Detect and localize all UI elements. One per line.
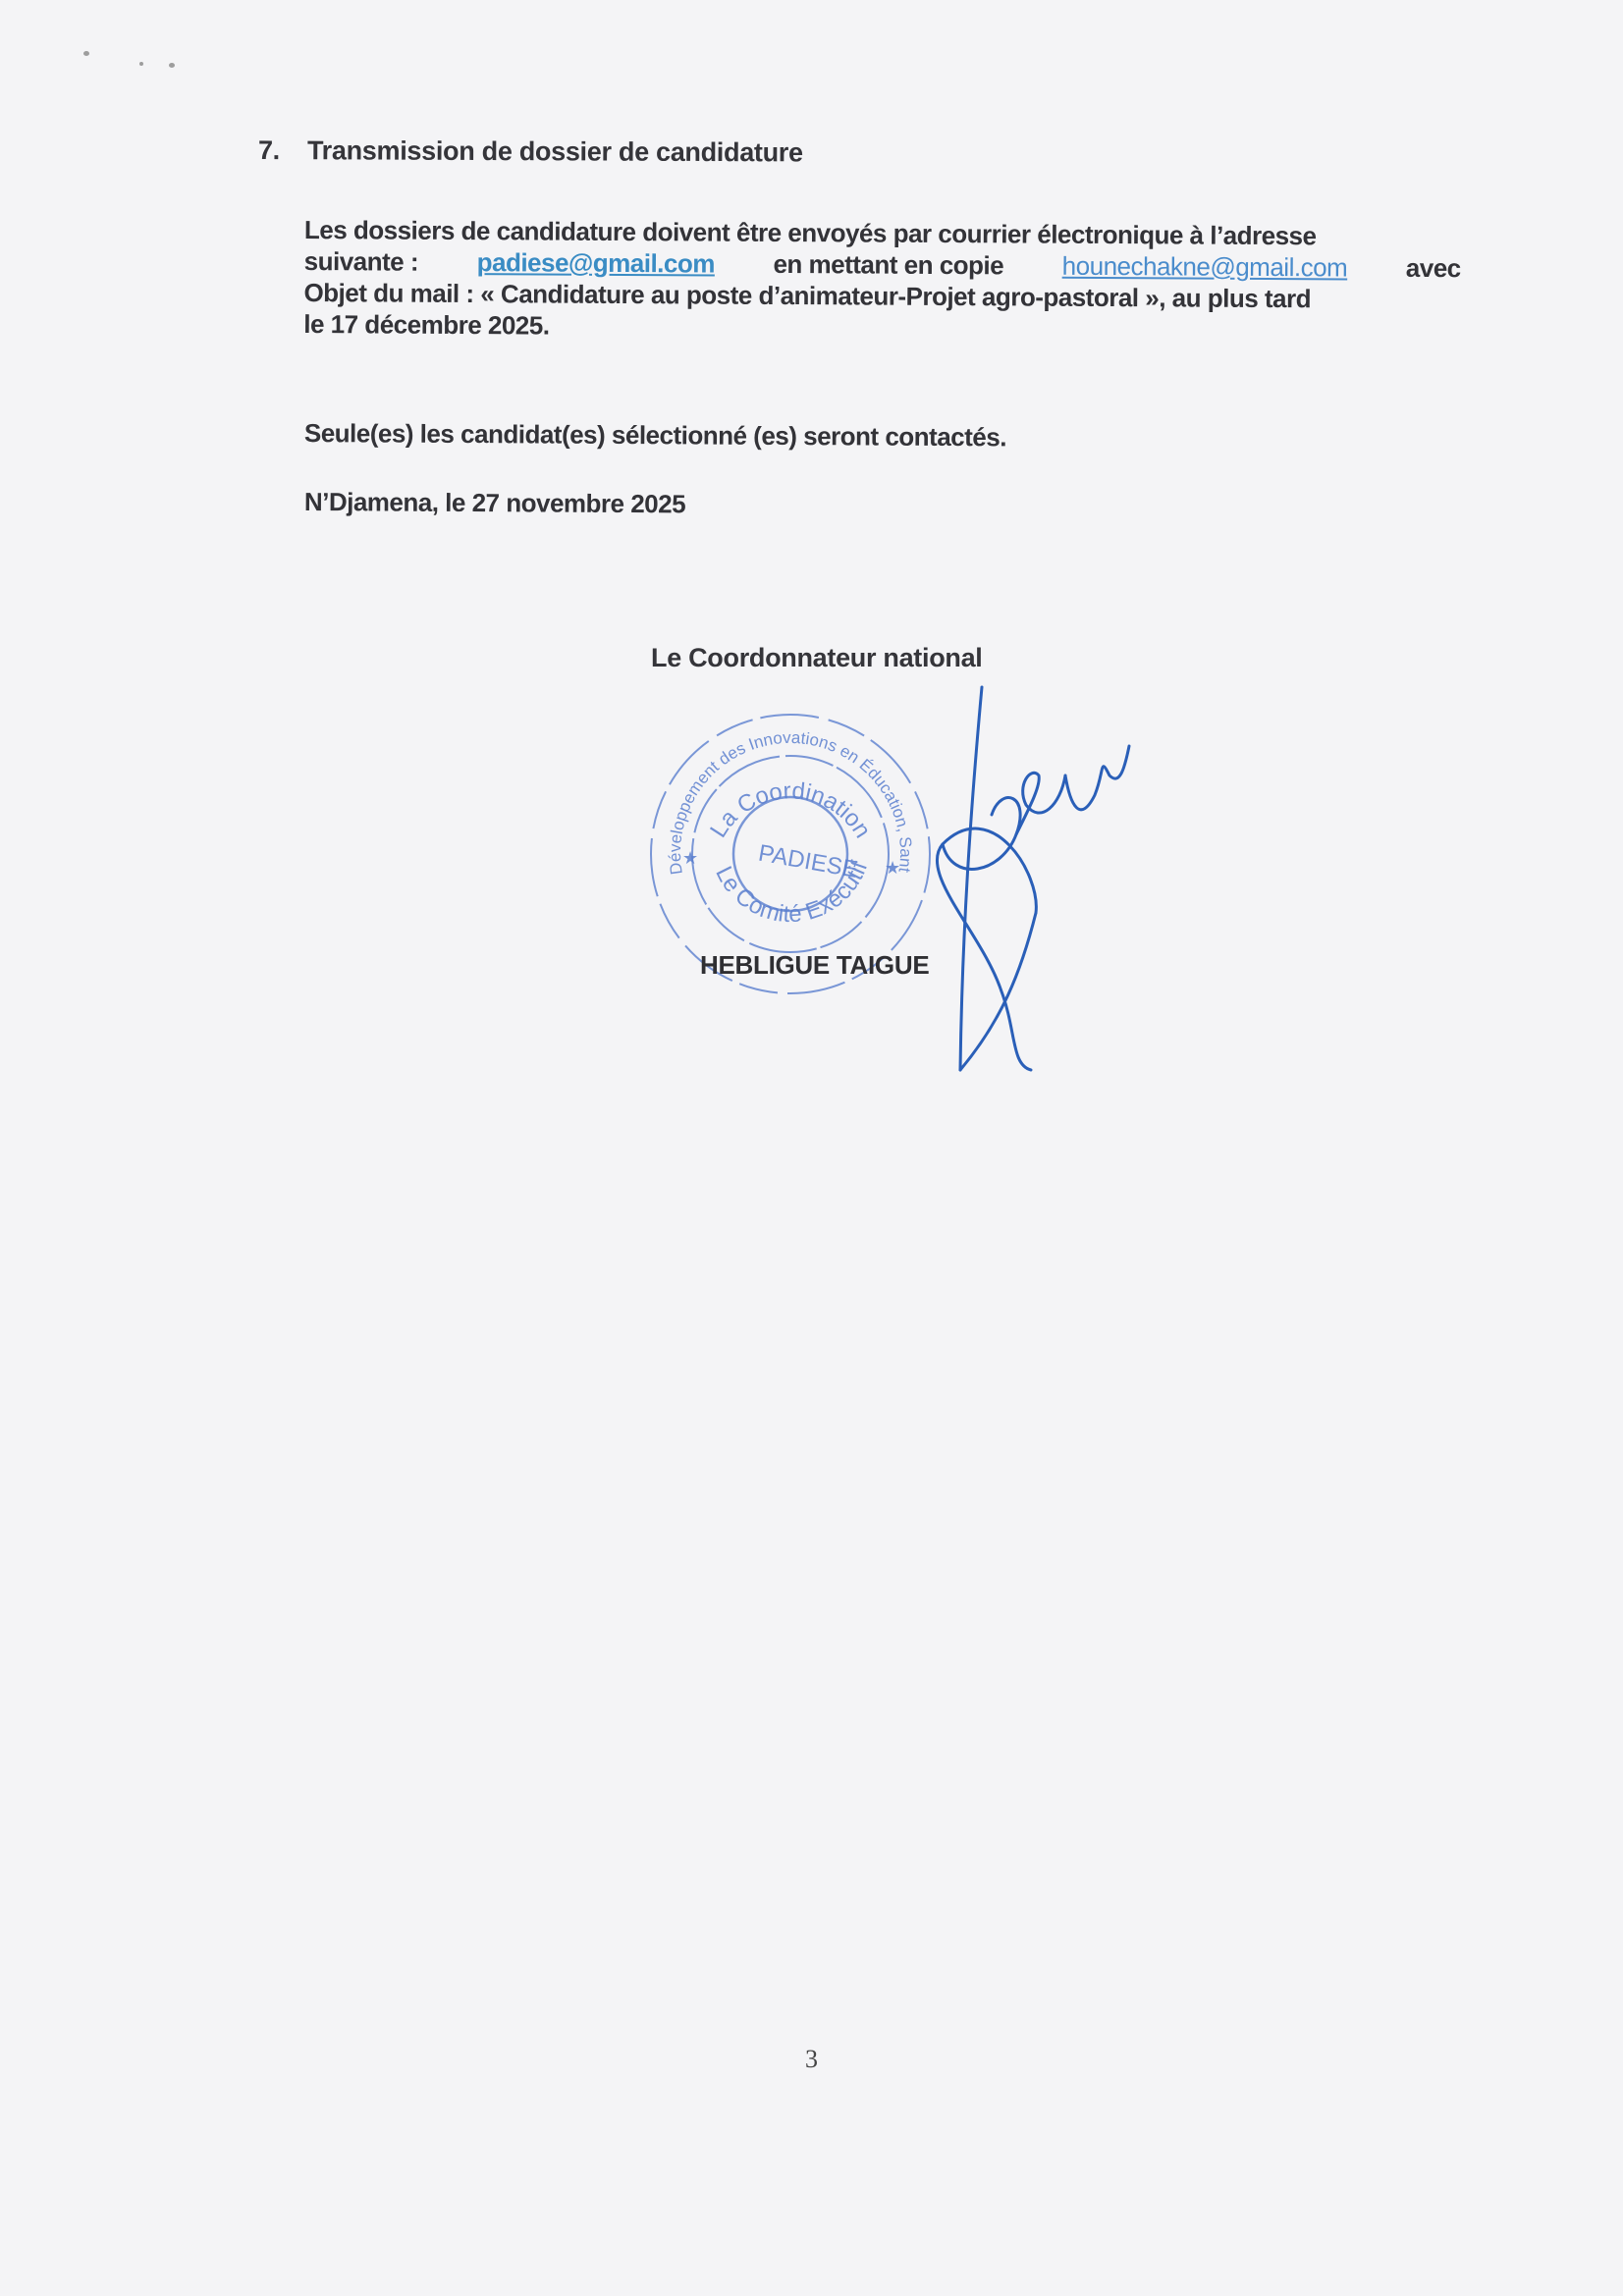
instructions-text: avec bbox=[1406, 252, 1461, 284]
stamp-inner-top: La Coordination bbox=[705, 777, 876, 842]
section-heading: 7.Transmission de dossier de candidature bbox=[258, 135, 803, 168]
selection-notice: Seule(es) les candidat(es) sélectionné (… bbox=[304, 417, 1461, 455]
section-title: Transmission de dossier de candidature bbox=[307, 135, 803, 167]
page-number: 3 bbox=[805, 2045, 818, 2074]
instructions-text: Les dossiers de candidature doivent être… bbox=[304, 214, 1317, 251]
stamp-star-icon: ★ bbox=[885, 858, 900, 878]
signatory-name: HEBLIGUE TAIGUE bbox=[700, 950, 929, 981]
section-number: 7. bbox=[258, 135, 307, 166]
handwritten-signature bbox=[923, 677, 1139, 1080]
application-instructions: Les dossiers de candidature doivent être… bbox=[303, 214, 1461, 347]
scan-speck bbox=[169, 63, 175, 68]
cc-email-link[interactable]: hounechakne@gmail.com bbox=[1062, 250, 1348, 284]
document-page: 7.Transmission de dossier de candidature… bbox=[0, 0, 1623, 2296]
scan-speck bbox=[139, 62, 143, 66]
scan-speck bbox=[83, 51, 89, 56]
place-date: N’Djamena, le 27 novembre 2025 bbox=[304, 486, 1461, 524]
signatory-title: Le Coordonnateur national bbox=[651, 643, 983, 673]
stamp-star-icon: ★ bbox=[682, 848, 698, 868]
deadline-text: le 17 décembre 2025. bbox=[303, 308, 549, 342]
primary-email-link[interactable]: padiese@gmail.com bbox=[477, 246, 715, 279]
stamp-center-text: PADIESE bbox=[756, 840, 859, 883]
instructions-text: suivante : bbox=[304, 245, 419, 278]
instructions-text: en mettant en copie bbox=[773, 248, 1003, 281]
